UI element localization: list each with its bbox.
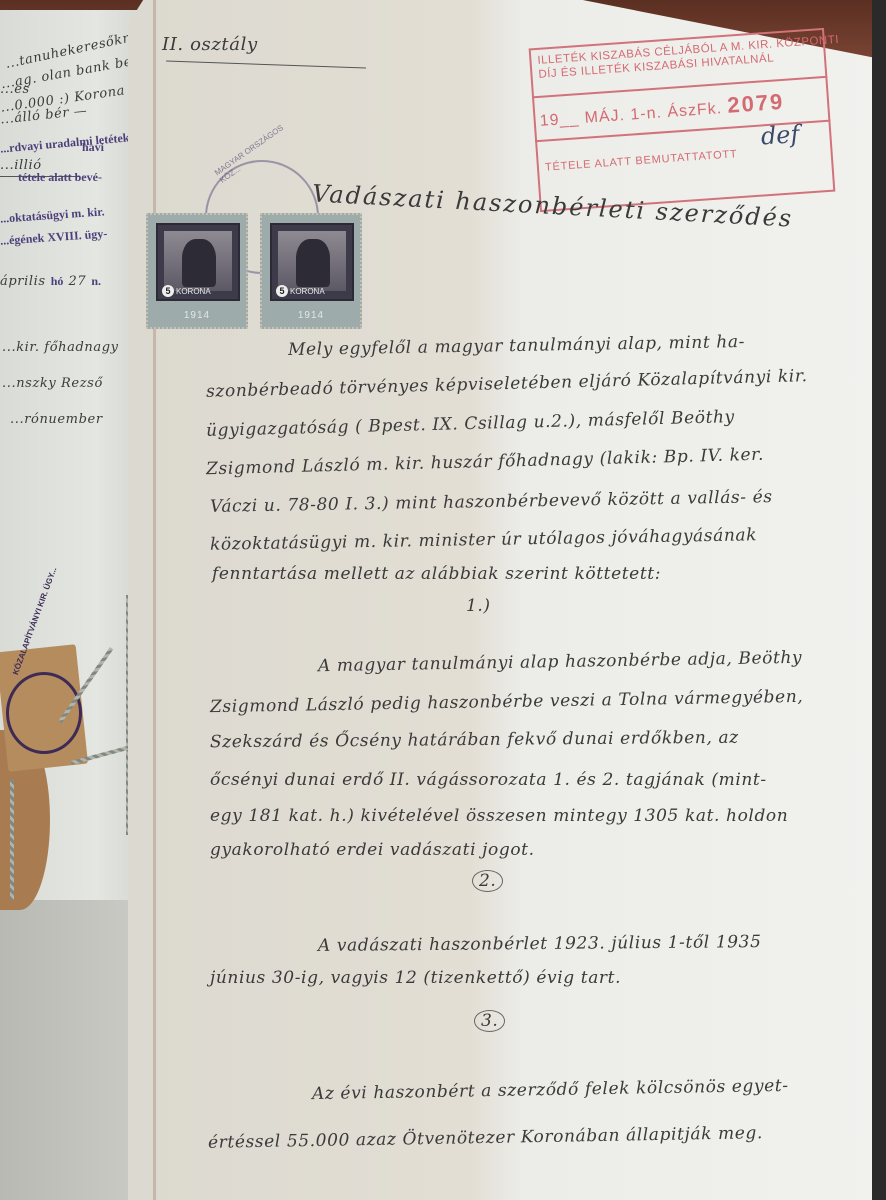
section-2-line-2: június 30-ig, vagyis 12 (tizenkettő) évi…	[210, 968, 621, 988]
red-stamp-number: 2079	[727, 89, 786, 118]
stamp-image	[164, 231, 232, 291]
left-page-typed-line-3: tétele alatt bevé-	[18, 170, 102, 185]
revenue-stamp-2: 5KORONA 1914	[260, 213, 362, 329]
date-day: 27	[69, 274, 87, 289]
header-note: II. osztály	[162, 34, 258, 55]
date-day-suffix: n.	[91, 274, 101, 288]
left-page-signature-line-1: ...kir. főhadnagy	[2, 340, 119, 355]
red-stamp-signature: def	[760, 120, 800, 151]
stamp-image	[278, 231, 346, 291]
section-1-line-6: gyakorolható erdei vadászati jogot.	[210, 840, 535, 860]
dark-edge	[872, 0, 886, 1200]
left-page-signature-line-3: ...rónuember	[10, 412, 103, 427]
date-day-label: hó	[51, 274, 64, 288]
left-page-typed-havi: havi	[82, 140, 104, 155]
section-2-line-1: A vadászati haszonbérlet 1923. július 1-…	[318, 932, 762, 956]
revenue-stamp-1: 5KORONA 1914	[146, 213, 248, 329]
left-page-signature-line-2: ...nszky Rezső	[2, 376, 103, 391]
date-month: április	[0, 274, 46, 289]
horse-rider-icon	[296, 239, 330, 287]
left-page-hand-line-3: ...es	[0, 82, 30, 97]
binding-string-4	[10, 780, 14, 900]
fee-office-red-stamp: ILLETÉK KISZABÁS CÉLJÁBÓL A M. KIR. KÖZP…	[529, 28, 836, 212]
seal-stamp-ring: KÖZALAPÍTVÁNYI KIR. ÜGY...	[6, 672, 82, 754]
section-1-number: 1.)	[466, 596, 491, 616]
body-line-7: fenntartása mellett az alábbiak szerint …	[212, 564, 661, 584]
left-page-date-fill: április hó 27 n.	[0, 270, 101, 289]
section-1-line-5: egy 181 kat. h.) kivételével összesen mi…	[210, 806, 788, 826]
page-fold-line	[153, 0, 156, 1200]
left-page-lower-shadow	[0, 900, 128, 1200]
horse-rider-icon	[182, 239, 216, 287]
section-1-line-4: őcsényi dunai erdő II. vágássorozata 1. …	[210, 770, 767, 790]
